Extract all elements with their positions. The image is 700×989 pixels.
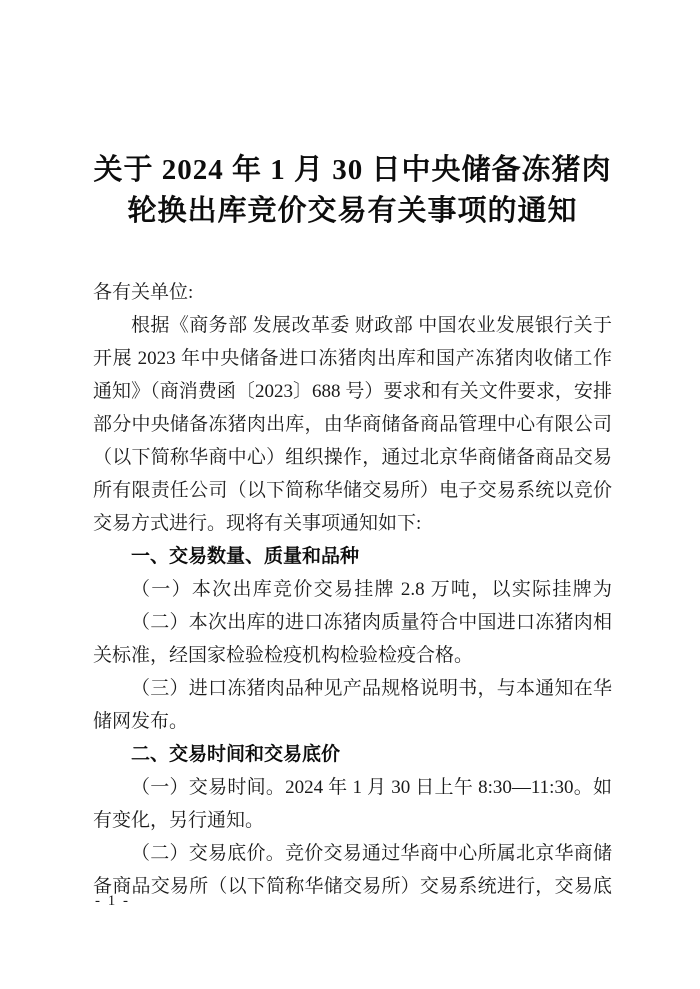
body-line: （以下简称华商中心）组织操作，通过北京华商储备商品交易 [93,441,612,474]
body-line: 有变化，另行通知。 [93,804,612,837]
body-line: 备商品交易所（以下简称华储交易所）交易系统进行，交易底 [93,870,612,903]
body-line: （一）交易时间。2024 年 1 月 30 日上午 8:30—11:30。如 [93,771,612,804]
body-line: 关标准，经国家检验检疫机构检验检疫合格。 [93,639,612,672]
body-line: 储网发布。 [93,705,612,738]
body-line: （二）本次出库的进口冻猪肉质量符合中国进口冻猪肉相 [93,606,612,639]
body-line: 通知》（商消费函〔2023〕688 号）要求和有关文件要求，安排 [93,375,612,408]
body-line: 所有限责任公司（以下简称华储交易所）电子交易系统以竞价 [93,474,612,507]
page-number: - 1 - [95,893,130,910]
notice-body: 各有关单位: 根据《商务部 发展改革委 财政部 中国农业发展银行关于 开展 20… [93,276,612,903]
body-line: （一）本次出库竞价交易挂牌 2.8 万吨，以实际挂牌为准。 [93,573,612,606]
body-line: 根据《商务部 发展改革委 财政部 中国农业发展银行关于 [93,309,612,342]
document-page: 关于 2024 年 1 月 30 日中央储备冻猪肉 轮换出库竞价交易有关事项的通… [0,0,700,989]
notice-title: 关于 2024 年 1 月 30 日中央储备冻猪肉 轮换出库竞价交易有关事项的通… [93,150,612,232]
section-heading-2: 二、交易时间和交易底价 [93,738,612,771]
body-line-salutation: 各有关单位: [93,276,612,309]
body-line: （二）交易底价。竞价交易通过华商中心所属北京华商储 [93,837,612,870]
body-line: （三）进口冻猪肉品种见产品规格说明书，与本通知在华 [93,672,612,705]
body-line: 部分中央储备冻猪肉出库，由华商储备商品管理中心有限公司 [93,408,612,441]
section-heading-1: 一、交易数量、质量和品种 [93,540,612,573]
body-line: 交易方式进行。现将有关事项通知如下: [93,507,612,540]
body-line: 开展 2023 年中央储备进口冻猪肉出库和国产冻猪肉收储工作的 [93,342,612,375]
notice-title-line-2: 轮换出库竞价交易有关事项的通知 [93,191,612,232]
notice-title-line-1: 关于 2024 年 1 月 30 日中央储备冻猪肉 [93,150,612,191]
